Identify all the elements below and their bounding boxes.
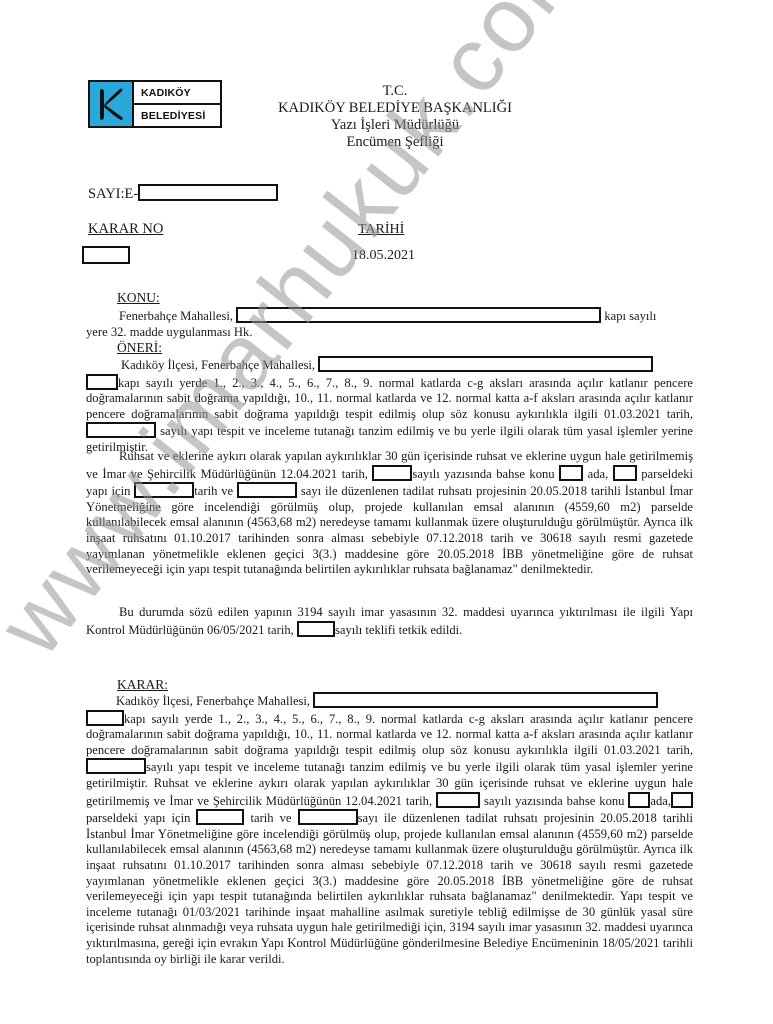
redacted-parsel: [613, 465, 637, 481]
karar-no-value: [82, 246, 130, 266]
sayi-field: SAYI:E-: [88, 184, 278, 203]
redacted-proposal-no: [297, 621, 335, 637]
header-tc: T.C.: [250, 83, 540, 100]
konu-text: Fenerbahçe Mahallesi, kapı sayılı yere 3…: [86, 307, 693, 340]
sayi-label: SAYI:E-: [88, 186, 138, 202]
redacted-karar-no: [82, 246, 130, 264]
oneri-paragraph-3: Bu durumda sözü edilen yapının 3194 sayı…: [86, 605, 693, 638]
redacted-address: [313, 692, 658, 708]
redacted-ada: [628, 792, 650, 808]
document-page: KADIKÖY BELEDİYESİ T.C. KADIKÖY BELEDİYE…: [0, 0, 773, 1024]
document-header: T.C. KADIKÖY BELEDİYE BAŞKANLIĞI Yazı İş…: [250, 83, 540, 151]
logo-line-2: BELEDİYESİ: [134, 105, 220, 126]
k-letter-icon: [90, 82, 132, 126]
redacted-report-no: [86, 422, 156, 438]
tarih-label: TARİHİ: [358, 221, 404, 238]
redacted-door-no: [86, 710, 124, 726]
redacted-permit-no: [237, 482, 297, 498]
karar-no-label: KARAR NO: [88, 221, 163, 238]
kadikoy-logo: KADIKÖY BELEDİYESİ: [88, 80, 222, 128]
redacted-permit-no: [298, 809, 358, 825]
karar-paragraph: Kadıköy İlçesi, Fenerbahçe Mahallesi, ka…: [86, 692, 693, 967]
oneri-paragraph-2: Ruhsat ve eklerine aykırı olarak yapılan…: [86, 449, 693, 578]
header-municipality: KADIKÖY BELEDİYE BAŞKANLIĞI: [250, 100, 540, 117]
header-department: Yazı İşleri Müdürlüğü: [250, 117, 540, 134]
logo-line-1: KADIKÖY: [134, 82, 220, 103]
redacted-parsel: [671, 792, 693, 808]
redacted-address: [318, 356, 653, 372]
redacted-door-no: [86, 374, 118, 390]
konu-heading: KONU:: [117, 290, 160, 306]
oneri-paragraph-1: Kadıköy İlçesi, Fenerbahçe Mahallesi, ka…: [86, 356, 693, 456]
oneri-heading: ÖNERİ:: [117, 340, 162, 356]
redacted-report-no: [86, 758, 146, 774]
redacted-letter-no: [372, 465, 412, 481]
redacted-date: [134, 482, 194, 498]
header-office: Encümen Şefliği: [250, 134, 540, 151]
redacted-date: [196, 809, 244, 825]
redacted-ada: [559, 465, 583, 481]
redacted-address: [236, 307, 601, 323]
tarih-value: 18.05.2021: [352, 247, 415, 264]
redacted-letter-no: [436, 792, 480, 808]
karar-heading: KARAR:: [117, 677, 168, 693]
redacted-sayi: [138, 184, 278, 201]
